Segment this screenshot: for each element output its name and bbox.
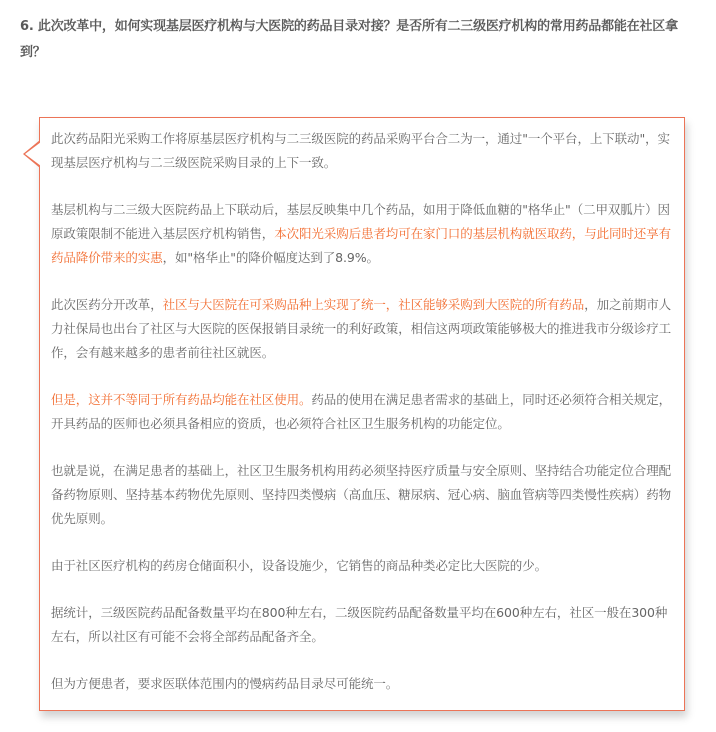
answer-paragraph-6: 由于社区医疗机构的药房仓储面积小，设备设施少，它销售的商品种类必定比大医院的少。 xyxy=(51,554,677,578)
answer-paragraph-4: 但是，这并不等同于所有药品均能在社区使用。药品的使用在满足患者需求的基础上，同时… xyxy=(51,388,677,436)
answer-paragraph-2: 基层机构与二三级大医院药品上下联动后，基层反映集中几个药品，如用于降低血糖的"格… xyxy=(51,198,677,270)
answer-paragraph-3: 此次医药分开改革，社区与大医院在可采购品种上实现了统一，社区能够采购到大医院的所… xyxy=(51,293,677,365)
highlighted-text: 但是，这并不等同于所有药品均能在社区使用。 xyxy=(51,392,311,407)
answer-paragraph-1: 此次药品阳光采购工作将原基层医疗机构与二三级医院的药品采购平台合二为一，通过"一… xyxy=(51,127,677,175)
answer-content: 此次药品阳光采购工作将原基层医疗机构与二三级医院的药品采购平台合二为一，通过"一… xyxy=(51,127,677,719)
answer-paragraph-7: 据统计，三级医院药品配备数量平均在800种左右，二级医院药品配备数量平均在600… xyxy=(51,601,677,649)
answer-callout-box: 此次药品阳光采购工作将原基层医疗机构与二三级医院的药品采购平台合二为一，通过"一… xyxy=(39,117,685,711)
highlighted-text: 社区与大医院在可采购品种上实现了统一，社区能够采购到大医院的所有药品 xyxy=(163,297,585,312)
callout-pointer-fill xyxy=(25,142,41,166)
answer-paragraph-5: 也就是说，在满足患者的基础上，社区卫生服务机构用药必须坚持医疗质量与安全原则、坚… xyxy=(51,459,677,531)
answer-paragraph-8: 但为方便患者，要求医联体范围内的慢病药品目录尽可能统一。 xyxy=(51,672,677,696)
question-heading: 6. 此次改革中，如何实现基层医疗机构与大医院的药品目录对接？是否所有二三级医疗… xyxy=(20,14,690,66)
text-segment: 据统计，三级医院药品配备数量平均在800种左右，二级医院药品配备数量平均在600… xyxy=(51,605,667,644)
text-segment: 由于社区医疗机构的药房仓储面积小，设备设施少，它销售的商品种类必定比大医院的少。 xyxy=(51,558,547,573)
text-segment: 也就是说，在满足患者的基础上，社区卫生服务机构用药必须坚持医疗质量与安全原则、坚… xyxy=(51,463,671,526)
text-segment: 此次医药分开改革， xyxy=(51,297,163,312)
text-segment: 但为方便患者，要求医联体范围内的慢病药品目录尽可能统一。 xyxy=(51,676,398,691)
text-segment: 此次药品阳光采购工作将原基层医疗机构与二三级医院的药品采购平台合二为一，通过"一… xyxy=(51,131,670,170)
text-segment: ，如"格华止"的降价幅度达到了8.9%。 xyxy=(163,250,379,265)
